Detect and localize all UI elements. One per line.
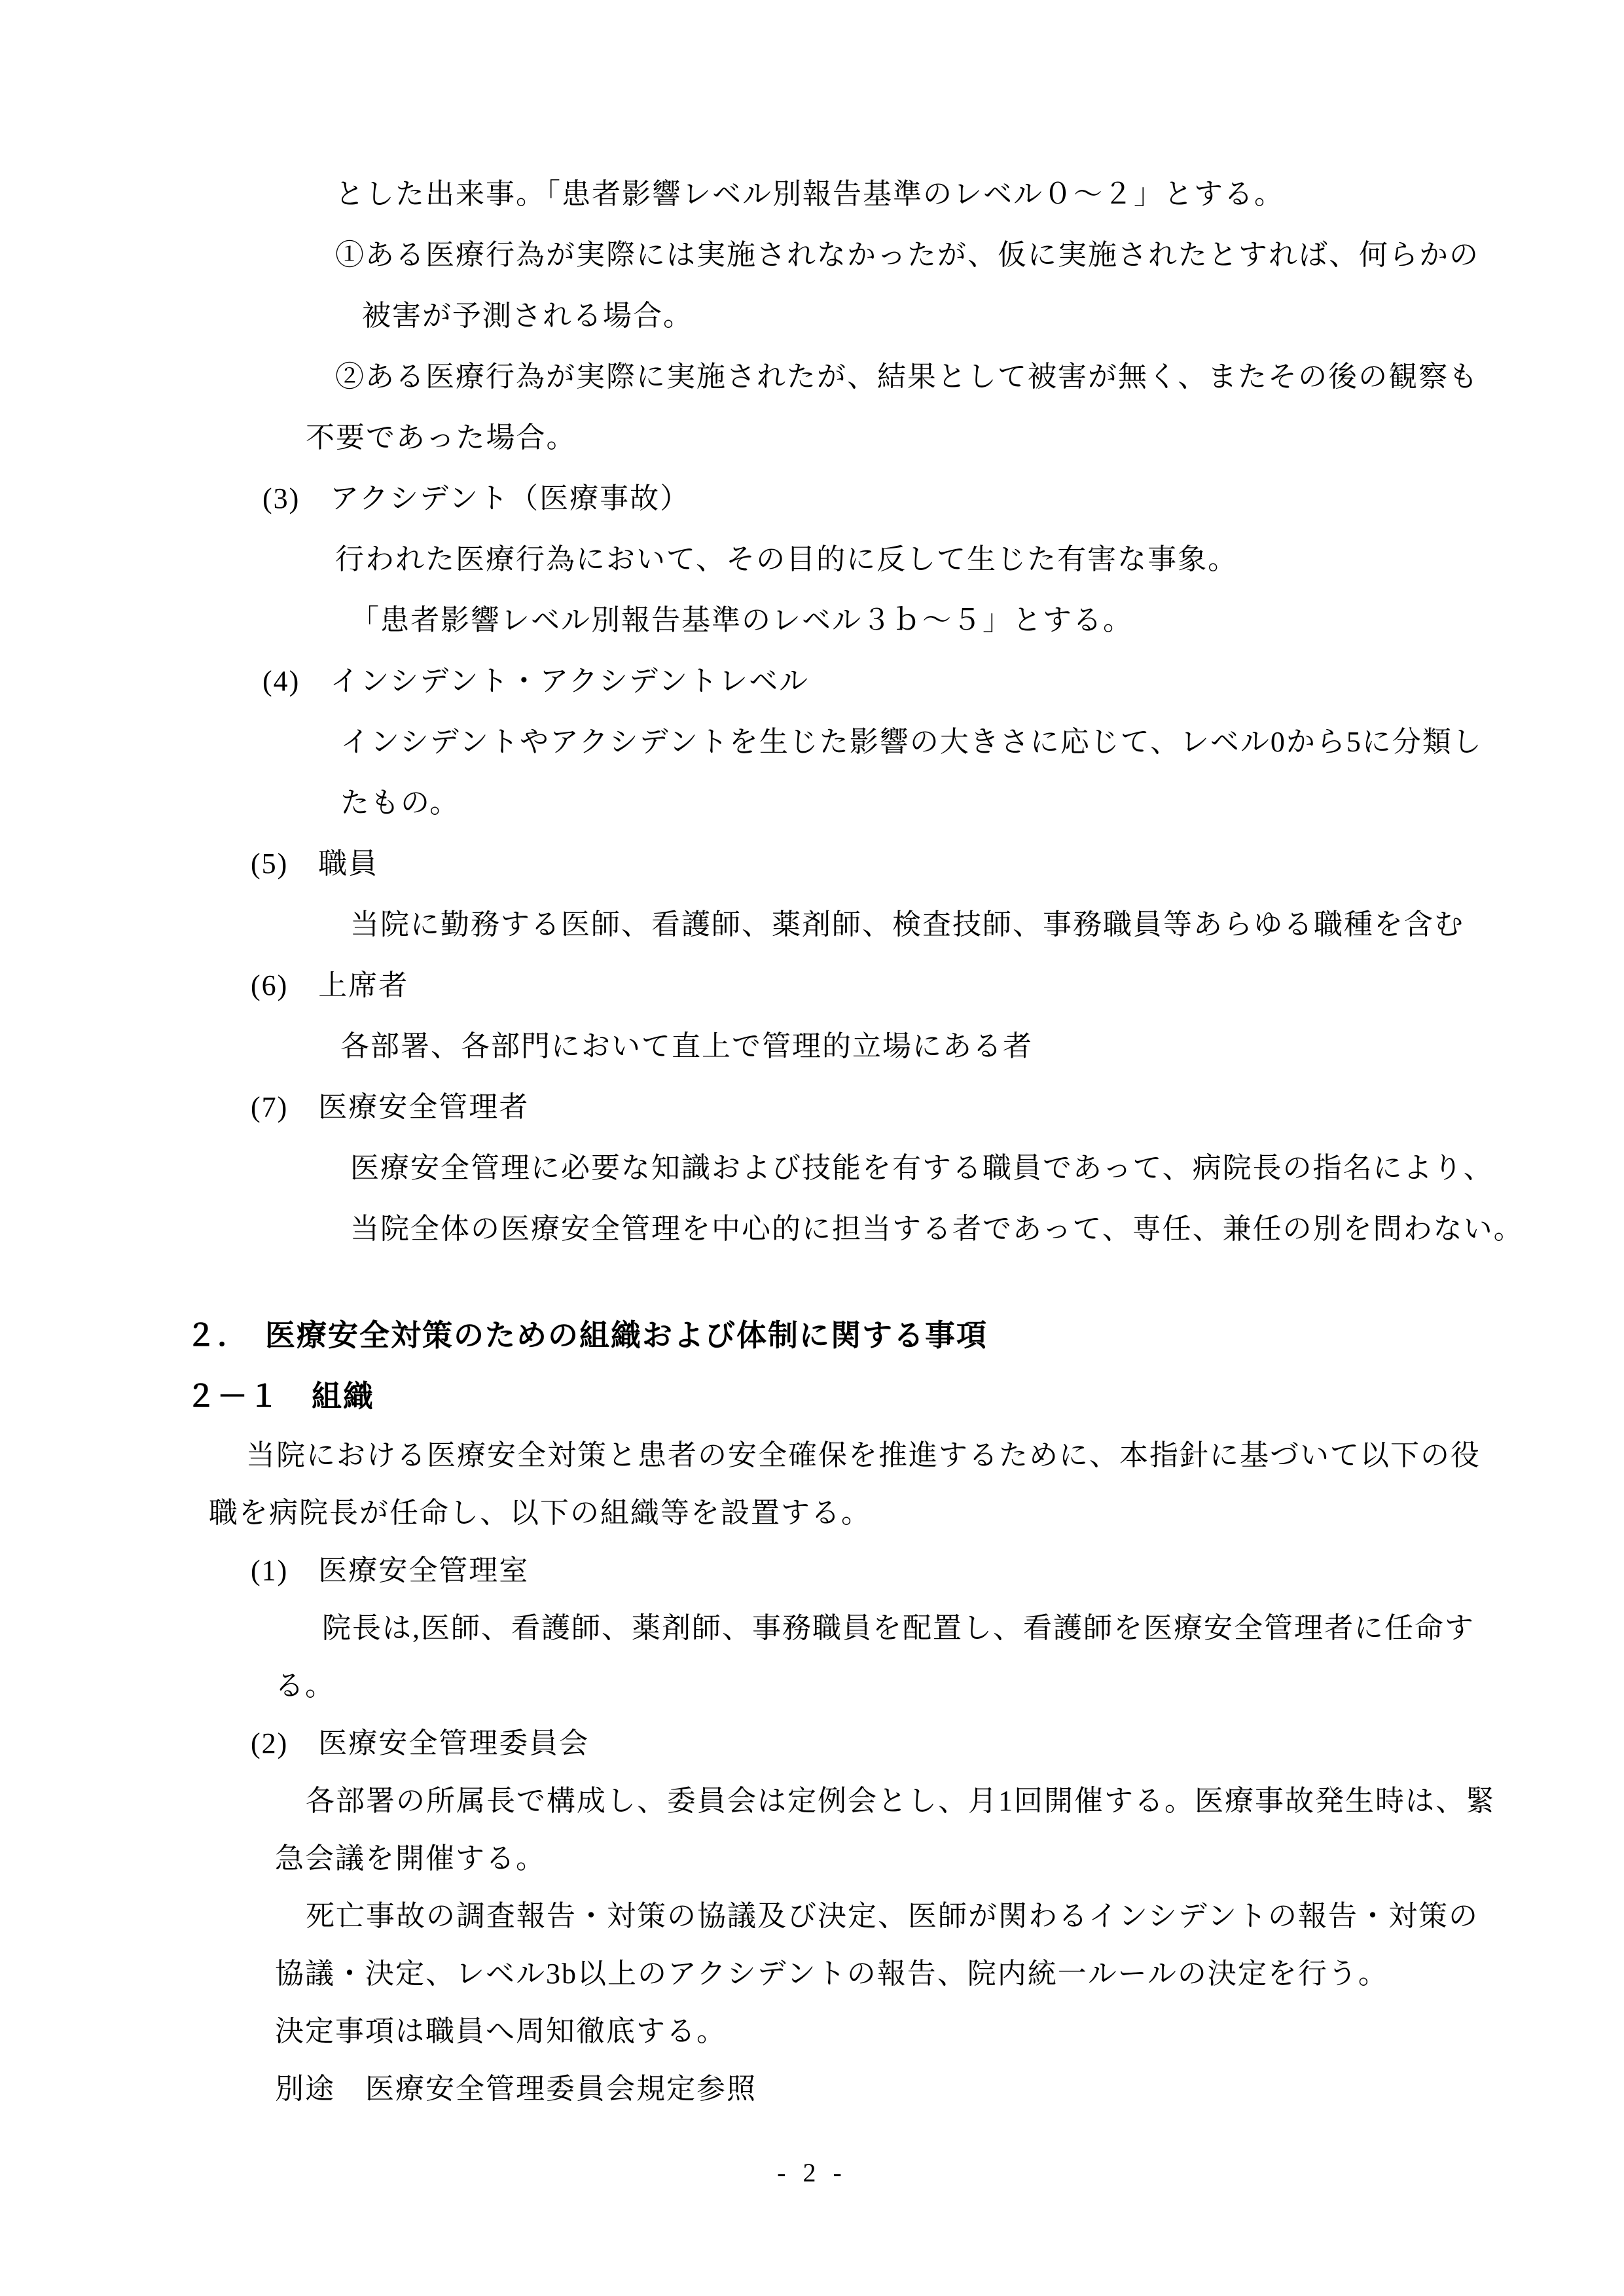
doc-line: 別途 医療安全管理委員会規定参照 [0, 2060, 1624, 2118]
doc-line: インシデントやアクシデントを生じた影響の大きさに応じて、レベル0から5に分類し [0, 711, 1624, 772]
doc-list-item: (1) 医療安全管理室 [0, 1542, 1624, 1600]
doc-line: 死亡事故の調査報告・対策の協議及び決定、医師が関わるインシデントの報告・対策の [0, 1888, 1624, 1945]
doc-line: 決定事項は職員へ周知徹底する。 [0, 2003, 1624, 2060]
doc-list-item: (3) アクシデント（医療事故） [0, 468, 1624, 529]
doc-line: 各部署の所属長で構成し、委員会は定例会とし、月1回開催する。医療事故発生時は、緊 [0, 1772, 1624, 1830]
doc-line: 各部署、各部門において直上で管理的立場にある者 [0, 1016, 1624, 1077]
doc-line: 当院における医療安全対策と患者の安全確保を推進するために、本指針に基づいて以下の… [0, 1427, 1624, 1484]
doc-line: ①ある医療行為が実際には実施されなかったが、仮に実施されたとすれば、何らかの [0, 224, 1624, 285]
section-heading: ２． 医療安全対策のための組織および体制に関する事項 [0, 1305, 1624, 1366]
doc-line: 医療安全管理に必要な知識および技能を有する職員であって、病院長の指名により、 [0, 1138, 1624, 1198]
doc-list-item: (4) インシデント・アクシデントレベル [0, 651, 1624, 711]
doc-list-item: (5) 職員 [0, 833, 1624, 894]
doc-line: 当院全体の医療安全管理を中心的に担当する者であって、専任、兼任の別を問わない。 [0, 1198, 1624, 1259]
doc-line: 院長は,医師、看護師、薬剤師、事務職員を配置し、看護師を医療安全管理者に任命す [0, 1600, 1624, 1657]
doc-line: 急会議を開催する。 [0, 1830, 1624, 1888]
doc-list-item: (2) 医療安全管理委員会 [0, 1715, 1624, 1772]
page-number: - 2 - [0, 2157, 1624, 2189]
doc-line: たもの。 [0, 772, 1624, 833]
doc-line: 不要であった場合。 [0, 407, 1624, 468]
doc-line: る。 [0, 1657, 1624, 1715]
doc-line: 被害が予測される場合。 [0, 285, 1624, 346]
doc-line: 協議・決定、レベル3b以上のアクシデントの報告、院内統一ルールの決定を行う。 [0, 1945, 1624, 2003]
doc-line: ②ある医療行為が実際に実施されたが、結果として被害が無く、またその後の観察も [0, 346, 1624, 407]
doc-line: 行われた医療行為において、その目的に反して生じた有害な事象。 [0, 529, 1624, 590]
subsection-heading: ２－１ 組織 [0, 1366, 1624, 1427]
doc-line: 当院に勤務する医師、看護師、薬剤師、検査技師、事務職員等あらゆる職種を含む [0, 894, 1624, 955]
document-body: とした出来事。「患者影響レベル別報告基準のレベル０～２」とする。 ①ある医療行為… [0, 0, 1624, 2118]
doc-list-item: (7) 医療安全管理者 [0, 1077, 1624, 1138]
document-page: とした出来事。「患者影響レベル別報告基準のレベル０～２」とする。 ①ある医療行為… [0, 0, 1624, 2296]
doc-list-item: (6) 上席者 [0, 955, 1624, 1016]
doc-line: 職を病院長が任命し、以下の組織等を設置する。 [0, 1484, 1624, 1542]
doc-line: とした出来事。「患者影響レベル別報告基準のレベル０～２」とする。 [0, 164, 1624, 224]
doc-line: 「患者影響レベル別報告基準のレベル３ｂ～５」とする。 [0, 590, 1624, 651]
